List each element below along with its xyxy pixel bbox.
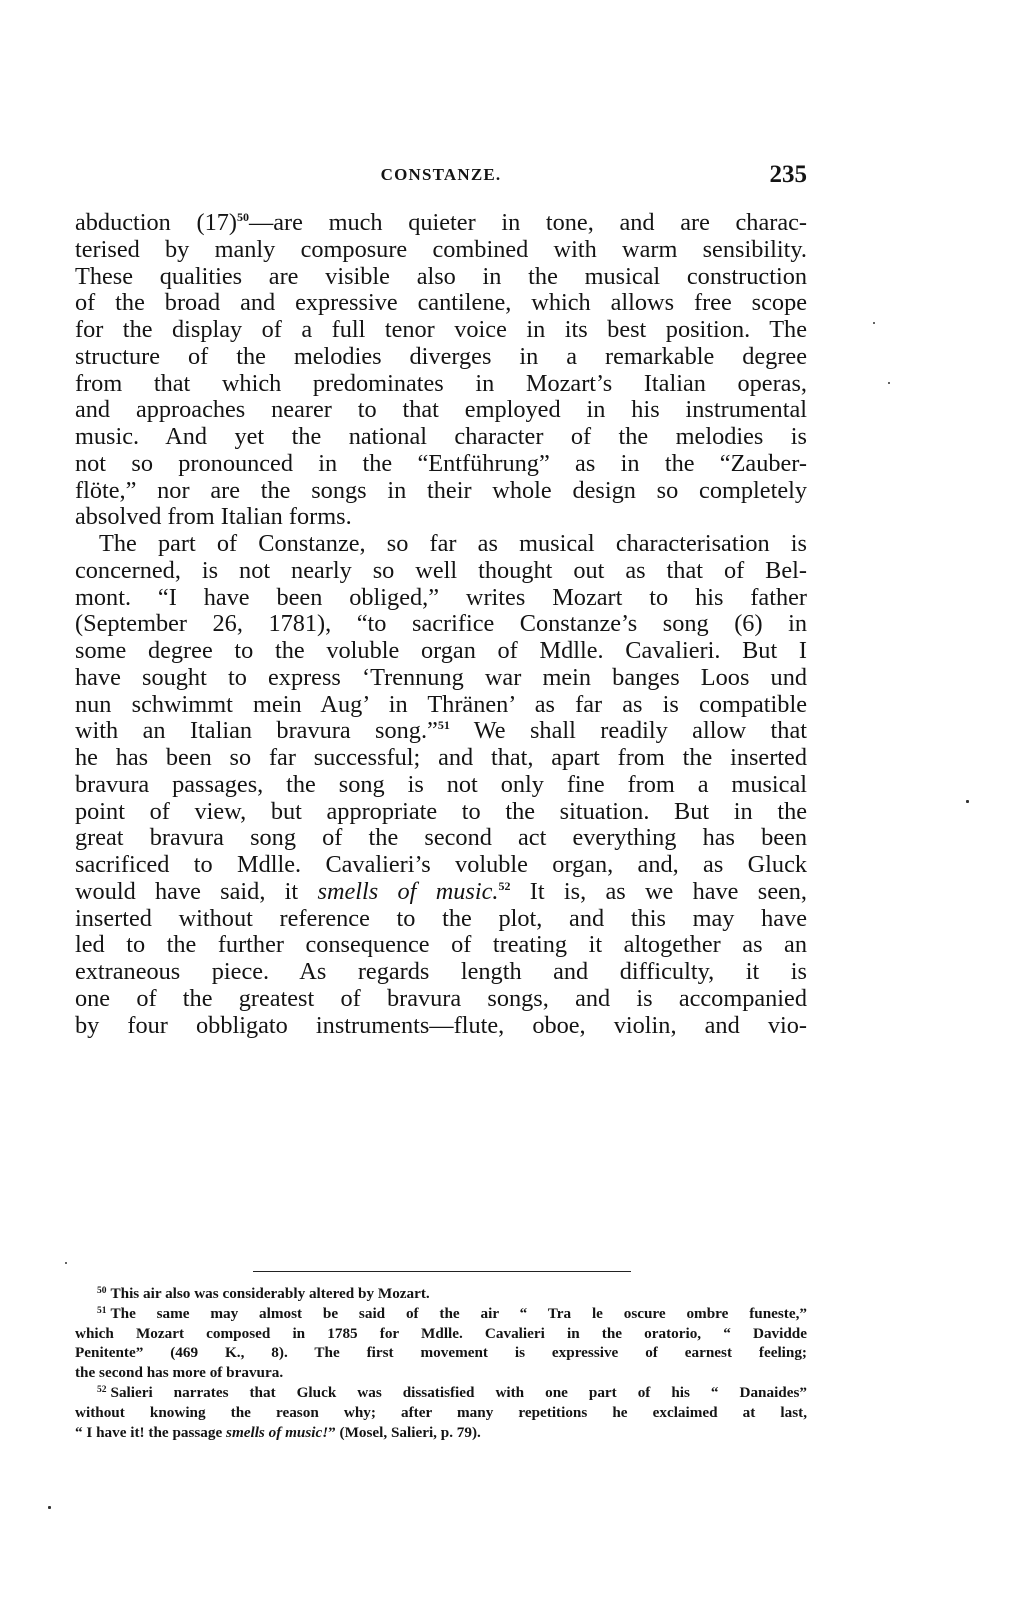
footnote-reference[interactable]: 51 — [438, 718, 450, 732]
footnote-divider — [253, 1271, 631, 1272]
text-run: absolved from Italian forms. — [75, 503, 352, 530]
text-run: This air also was considerably altered b… — [111, 1285, 430, 1302]
footnote-line: “ I have it! the passage smells of music… — [75, 1423, 807, 1443]
text-run: These qualities are visible also in the … — [75, 263, 807, 290]
text-run: from that which predominates in Mozart’s… — [75, 370, 807, 397]
footnote-reference[interactable]: 52 — [498, 879, 510, 893]
body-line: great bravura song of the second act eve… — [75, 825, 807, 852]
footnotes: 50This air also was considerably altered… — [75, 1284, 807, 1442]
italic-phrase: smells of music! — [226, 1424, 328, 1441]
text-run: by four obbligato instruments—flute, obo… — [75, 1012, 807, 1039]
text-run: The part of Constanze, so far as musical… — [99, 530, 807, 557]
text-run: he has been so far successful; and that,… — [75, 744, 807, 771]
text-run: which Mozart composed in 1785 for Mdlle.… — [75, 1325, 807, 1342]
body-line: inserted without reference to the plot, … — [75, 906, 807, 933]
text-run: for the display of a full tenor voice in… — [75, 316, 807, 343]
footnote-number: 51 — [97, 1306, 107, 1316]
text-run: Salieri narrates that Gluck was dissatis… — [111, 1384, 808, 1401]
text-run: led to the further consequence of treati… — [75, 931, 807, 958]
body-line: absolved from Italian forms. — [75, 504, 807, 531]
footnote-52: 52Salieri narrates that Gluck was dissat… — [75, 1383, 807, 1403]
scan-speck — [48, 1506, 51, 1509]
text-run: mont. “I have been obliged,” writes Moza… — [75, 584, 807, 611]
italic-phrase: smells of music. — [317, 878, 498, 905]
body-text: abduction (17)50—are much quieter in ton… — [75, 210, 807, 1039]
body-line: have sought to express ‘Trennung war mei… — [75, 665, 807, 692]
text-run: terised by manly composure combined with… — [75, 236, 807, 263]
footnote-number: 52 — [97, 1385, 107, 1395]
footnote-reference[interactable]: 50 — [237, 210, 249, 224]
scan-speck — [888, 382, 890, 384]
body-line: The part of Constanze, so far as musical… — [75, 531, 807, 558]
text-run: music. And yet the national character of… — [75, 423, 807, 450]
book-page: CONSTANZE. 235 abduction (17)50—are much… — [0, 0, 1035, 1600]
body-line: (September 26, 1781), “to sacrifice Cons… — [75, 611, 807, 638]
text-run: with an Italian bravura song.” — [75, 717, 438, 744]
body-line: terised by manly composure combined with… — [75, 237, 807, 264]
footnote-line: without knowing the reason why; after ma… — [75, 1403, 807, 1423]
body-line: one of the greatest of bravura songs, an… — [75, 986, 807, 1013]
body-line: with an Italian bravura song.”51 We shal… — [75, 718, 807, 745]
body-line: bravura passages, the song is not only f… — [75, 772, 807, 799]
text-run: The same may almost be said of the air “… — [111, 1305, 808, 1322]
body-line: of the broad and expressive cantilene, w… — [75, 290, 807, 317]
page-number: 235 — [770, 161, 808, 189]
footnote-51: 51The same may almost be said of the air… — [75, 1304, 807, 1324]
body-line: nun schwimmt mein Aug’ in Thränen’ as fa… — [75, 692, 807, 719]
text-run: not so pronounced in the “Entführung” as… — [75, 450, 807, 477]
text-run: (September 26, 1781), “to sacrifice Cons… — [75, 610, 807, 637]
body-line: These qualities are visible also in the … — [75, 264, 807, 291]
scan-speck — [873, 322, 875, 324]
text-run: have sought to express ‘Trennung war mei… — [75, 664, 807, 691]
text-run: “ I have it! the passage — [75, 1424, 226, 1441]
text-run: without knowing the reason why; after ma… — [75, 1404, 807, 1421]
footnote-50: 50This air also was considerably altered… — [75, 1284, 807, 1304]
body-line: structure of the melodies diverges in a … — [75, 344, 807, 371]
running-head: CONSTANZE. 235 — [75, 161, 807, 191]
body-line: mont. “I have been obliged,” writes Moza… — [75, 585, 807, 612]
body-line: flöte,” nor are the songs in their whole… — [75, 478, 807, 505]
text-run: the second has more of bravura. — [75, 1364, 283, 1381]
text-run: point of view, but appropriate to the si… — [75, 798, 807, 825]
text-run: some degree to the voluble organ of Mdll… — [75, 637, 807, 664]
body-line: he has been so far successful; and that,… — [75, 745, 807, 772]
body-line: not so pronounced in the “Entführung” as… — [75, 451, 807, 478]
body-line: extraneous piece. As regards length and … — [75, 959, 807, 986]
footnote-line: Penitente” (469 K., 8). The first moveme… — [75, 1343, 807, 1363]
text-run: of the broad and expressive cantilene, w… — [75, 289, 807, 316]
text-run: great bravura song of the second act eve… — [75, 824, 807, 851]
body-line: would have said, it smells of music.52 I… — [75, 879, 807, 906]
text-run: We shall readily allow that — [450, 717, 807, 744]
body-line: for the display of a full tenor voice in… — [75, 317, 807, 344]
body-line: some degree to the voluble organ of Mdll… — [75, 638, 807, 665]
footnote-line: the second has more of bravura. — [75, 1363, 807, 1383]
text-run: Penitente” (469 K., 8). The first moveme… — [75, 1344, 807, 1361]
text-run: flöte,” nor are the songs in their whole… — [75, 477, 807, 504]
body-line: music. And yet the national character of… — [75, 424, 807, 451]
body-line: point of view, but appropriate to the si… — [75, 799, 807, 826]
text-run: structure of the melodies diverges in a … — [75, 343, 807, 370]
body-line: sacrificed to Mdlle. Cavalieri’s voluble… — [75, 852, 807, 879]
text-run: concerned, is not nearly so well thought… — [75, 557, 807, 584]
text-run: would have said, it — [75, 878, 317, 905]
text-run: sacrificed to Mdlle. Cavalieri’s voluble… — [75, 851, 807, 878]
text-run: abduction (17) — [75, 209, 237, 236]
text-run: ” (Mosel, Salieri, p. 79). — [328, 1424, 481, 1441]
body-line: by four obbligato instruments—flute, obo… — [75, 1013, 807, 1040]
text-run: —are much quieter in tone, and are chara… — [249, 209, 807, 236]
text-run: nun schwimmt mein Aug’ in Thränen’ as fa… — [75, 691, 807, 718]
text-run: extraneous piece. As regards length and … — [75, 958, 807, 985]
body-line: led to the further consequence of treati… — [75, 932, 807, 959]
footnote-line: which Mozart composed in 1785 for Mdlle.… — [75, 1324, 807, 1344]
text-run: inserted without reference to the plot, … — [75, 905, 807, 932]
scan-speck — [966, 800, 969, 803]
body-line: from that which predominates in Mozart’s… — [75, 371, 807, 398]
body-line: abduction (17)50—are much quieter in ton… — [75, 210, 807, 237]
text-run: one of the greatest of bravura songs, an… — [75, 985, 807, 1012]
body-line: concerned, is not nearly so well thought… — [75, 558, 807, 585]
running-title: CONSTANZE. — [75, 165, 807, 185]
text-run: and approaches nearer to that employed i… — [75, 396, 807, 423]
text-run: bravura passages, the song is not only f… — [75, 771, 807, 798]
footnote-number: 50 — [97, 1286, 107, 1296]
scan-speck — [65, 1262, 67, 1264]
text-run: It is, as we have seen, — [510, 878, 807, 905]
body-line: and approaches nearer to that employed i… — [75, 397, 807, 424]
